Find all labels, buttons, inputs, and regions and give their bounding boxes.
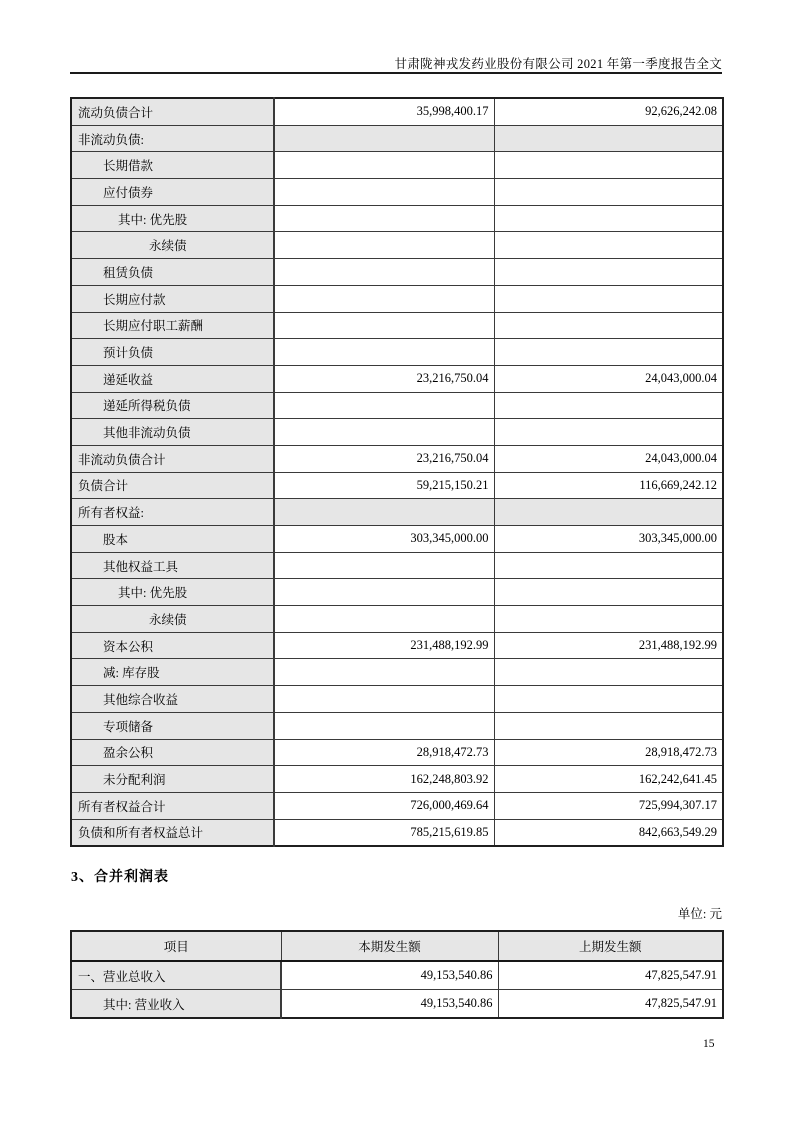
row-current-period-value: 35,998,400.17 bbox=[274, 98, 494, 125]
row-current-period-value: 49,153,540.86 bbox=[281, 961, 498, 990]
row-current-period-value bbox=[274, 152, 494, 179]
table-row: 其他综合收益 bbox=[71, 686, 723, 713]
row-label: 永续债 bbox=[71, 606, 274, 633]
row-current-period-value bbox=[274, 312, 494, 339]
income-statement-table: 项目 本期发生额 上期发生额 一、营业总收入49,153,540.8647,82… bbox=[70, 930, 724, 1019]
table-row: 减: 库存股 bbox=[71, 659, 723, 686]
row-current-period-value bbox=[274, 285, 494, 312]
row-current-period-value bbox=[274, 179, 494, 206]
table-row: 递延收益23,216,750.0424,043,000.04 bbox=[71, 365, 723, 392]
row-previous-period-value bbox=[494, 259, 723, 286]
row-current-period-value bbox=[274, 419, 494, 446]
row-previous-period-value bbox=[494, 179, 723, 206]
row-label: 所有者权益合计 bbox=[71, 792, 274, 819]
column-header-current: 本期发生额 bbox=[281, 931, 498, 961]
row-previous-period-value: 116,669,242.12 bbox=[494, 472, 723, 499]
row-label: 负债和所有者权益总计 bbox=[71, 819, 274, 846]
row-label: 递延收益 bbox=[71, 365, 274, 392]
table-row: 资本公积231,488,192.99231,488,192.99 bbox=[71, 632, 723, 659]
row-previous-period-value bbox=[494, 579, 723, 606]
row-previous-period-value: 842,663,549.29 bbox=[494, 819, 723, 846]
row-previous-period-value: 47,825,547.91 bbox=[498, 990, 723, 1019]
row-label: 负债合计 bbox=[71, 472, 274, 499]
row-previous-period-value: 24,043,000.04 bbox=[494, 445, 723, 472]
row-previous-period-value bbox=[494, 152, 723, 179]
row-previous-period-value: 725,994,307.17 bbox=[494, 792, 723, 819]
header-rule bbox=[70, 72, 722, 74]
row-current-period-value bbox=[274, 392, 494, 419]
row-current-period-value: 726,000,469.64 bbox=[274, 792, 494, 819]
row-label: 其他权益工具 bbox=[71, 552, 274, 579]
row-label: 未分配利润 bbox=[71, 766, 274, 793]
row-previous-period-value bbox=[494, 312, 723, 339]
row-current-period-value: 785,215,619.85 bbox=[274, 819, 494, 846]
row-label: 其中: 营业收入 bbox=[71, 990, 281, 1019]
row-previous-period-value: 28,918,472.73 bbox=[494, 739, 723, 766]
table-row: 盈余公积28,918,472.7328,918,472.73 bbox=[71, 739, 723, 766]
row-previous-period-value: 47,825,547.91 bbox=[498, 961, 723, 990]
table-row: 预计负债 bbox=[71, 339, 723, 366]
section-heading: 3、合并利润表 bbox=[71, 866, 169, 886]
row-current-period-value: 162,248,803.92 bbox=[274, 766, 494, 793]
row-label: 长期借款 bbox=[71, 152, 274, 179]
report-page: 甘肃陇神戎发药业股份有限公司 2021 年第一季度报告全文 流动负债合计35,9… bbox=[0, 0, 793, 1122]
table-row: 应付债券 bbox=[71, 179, 723, 206]
balance-sheet-table: 流动负债合计35,998,400.1792,626,242.08非流动负债:长期… bbox=[70, 97, 724, 847]
row-previous-period-value bbox=[494, 552, 723, 579]
row-label: 股本 bbox=[71, 526, 274, 553]
row-previous-period-value: 162,242,641.45 bbox=[494, 766, 723, 793]
row-previous-period-value bbox=[494, 339, 723, 366]
table-row: 永续债 bbox=[71, 232, 723, 259]
row-current-period-value bbox=[274, 339, 494, 366]
row-label: 其他综合收益 bbox=[71, 686, 274, 713]
row-previous-period-value bbox=[494, 392, 723, 419]
row-previous-period-value bbox=[494, 499, 723, 526]
row-current-period-value bbox=[274, 232, 494, 259]
row-previous-period-value bbox=[494, 285, 723, 312]
row-previous-period-value bbox=[494, 686, 723, 713]
income-statement-header: 项目 本期发生额 上期发生额 bbox=[71, 931, 723, 961]
table-row: 股本303,345,000.00303,345,000.00 bbox=[71, 526, 723, 553]
table-row: 非流动负债合计23,216,750.0424,043,000.04 bbox=[71, 445, 723, 472]
table-row: 其他非流动负债 bbox=[71, 419, 723, 446]
row-previous-period-value: 24,043,000.04 bbox=[494, 365, 723, 392]
page-header-title: 甘肃陇神戎发药业股份有限公司 2021 年第一季度报告全文 bbox=[70, 54, 722, 72]
table-row: 专项储备 bbox=[71, 712, 723, 739]
row-current-period-value bbox=[274, 125, 494, 152]
table-row: 其中: 优先股 bbox=[71, 205, 723, 232]
table-row: 长期应付职工薪酬 bbox=[71, 312, 723, 339]
row-current-period-value bbox=[274, 579, 494, 606]
row-label: 其中: 优先股 bbox=[71, 205, 274, 232]
table-row: 未分配利润162,248,803.92162,242,641.45 bbox=[71, 766, 723, 793]
row-label: 非流动负债: bbox=[71, 125, 274, 152]
row-previous-period-value bbox=[494, 659, 723, 686]
row-current-period-value bbox=[274, 659, 494, 686]
row-previous-period-value bbox=[494, 419, 723, 446]
header-row: 项目 本期发生额 上期发生额 bbox=[71, 931, 723, 961]
row-previous-period-value: 92,626,242.08 bbox=[494, 98, 723, 125]
table-row: 负债合计59,215,150.21116,669,242.12 bbox=[71, 472, 723, 499]
row-label: 递延所得税负债 bbox=[71, 392, 274, 419]
row-current-period-value: 303,345,000.00 bbox=[274, 526, 494, 553]
row-current-period-value: 23,216,750.04 bbox=[274, 365, 494, 392]
row-current-period-value bbox=[274, 686, 494, 713]
row-label: 其中: 优先股 bbox=[71, 579, 274, 606]
row-label: 其他非流动负债 bbox=[71, 419, 274, 446]
row-previous-period-value: 231,488,192.99 bbox=[494, 632, 723, 659]
table-row: 递延所得税负债 bbox=[71, 392, 723, 419]
row-current-period-value: 49,153,540.86 bbox=[281, 990, 498, 1019]
row-current-period-value bbox=[274, 259, 494, 286]
row-previous-period-value bbox=[494, 712, 723, 739]
row-label: 租赁负债 bbox=[71, 259, 274, 286]
table-row: 长期借款 bbox=[71, 152, 723, 179]
row-label: 永续债 bbox=[71, 232, 274, 259]
table-row: 流动负债合计35,998,400.1792,626,242.08 bbox=[71, 98, 723, 125]
row-current-period-value bbox=[274, 499, 494, 526]
row-current-period-value: 231,488,192.99 bbox=[274, 632, 494, 659]
income-statement-body: 一、营业总收入49,153,540.8647,825,547.91其中: 营业收… bbox=[71, 961, 723, 1018]
table-row: 负债和所有者权益总计785,215,619.85842,663,549.29 bbox=[71, 819, 723, 846]
table-row: 其中: 营业收入49,153,540.8647,825,547.91 bbox=[71, 990, 723, 1019]
table-row: 所有者权益合计726,000,469.64725,994,307.17 bbox=[71, 792, 723, 819]
row-label: 非流动负债合计 bbox=[71, 445, 274, 472]
row-label: 资本公积 bbox=[71, 632, 274, 659]
row-previous-period-value bbox=[494, 232, 723, 259]
unit-label: 单位: 元 bbox=[70, 904, 722, 922]
row-label: 长期应付职工薪酬 bbox=[71, 312, 274, 339]
row-previous-period-value: 303,345,000.00 bbox=[494, 526, 723, 553]
row-label: 预计负债 bbox=[71, 339, 274, 366]
row-current-period-value: 59,215,150.21 bbox=[274, 472, 494, 499]
table-row: 一、营业总收入49,153,540.8647,825,547.91 bbox=[71, 961, 723, 990]
row-label: 盈余公积 bbox=[71, 739, 274, 766]
column-header-item: 项目 bbox=[71, 931, 281, 961]
row-label: 长期应付款 bbox=[71, 285, 274, 312]
row-current-period-value bbox=[274, 205, 494, 232]
table-row: 非流动负债: bbox=[71, 125, 723, 152]
row-previous-period-value bbox=[494, 606, 723, 633]
row-current-period-value: 28,918,472.73 bbox=[274, 739, 494, 766]
balance-sheet-body: 流动负债合计35,998,400.1792,626,242.08非流动负债:长期… bbox=[71, 98, 723, 846]
row-label: 应付债券 bbox=[71, 179, 274, 206]
table-row: 永续债 bbox=[71, 606, 723, 633]
row-label: 流动负债合计 bbox=[71, 98, 274, 125]
row-label: 减: 库存股 bbox=[71, 659, 274, 686]
row-label: 所有者权益: bbox=[71, 499, 274, 526]
table-row: 租赁负债 bbox=[71, 259, 723, 286]
row-current-period-value bbox=[274, 552, 494, 579]
row-current-period-value bbox=[274, 606, 494, 633]
column-header-previous: 上期发生额 bbox=[498, 931, 723, 961]
table-row: 所有者权益: bbox=[71, 499, 723, 526]
table-row: 长期应付款 bbox=[71, 285, 723, 312]
row-previous-period-value bbox=[494, 205, 723, 232]
table-row: 其他权益工具 bbox=[71, 552, 723, 579]
row-current-period-value bbox=[274, 712, 494, 739]
row-label: 一、营业总收入 bbox=[71, 961, 281, 990]
row-previous-period-value bbox=[494, 125, 723, 152]
row-label: 专项储备 bbox=[71, 712, 274, 739]
row-current-period-value: 23,216,750.04 bbox=[274, 445, 494, 472]
table-row: 其中: 优先股 bbox=[71, 579, 723, 606]
page-number: 15 bbox=[703, 1038, 715, 1050]
